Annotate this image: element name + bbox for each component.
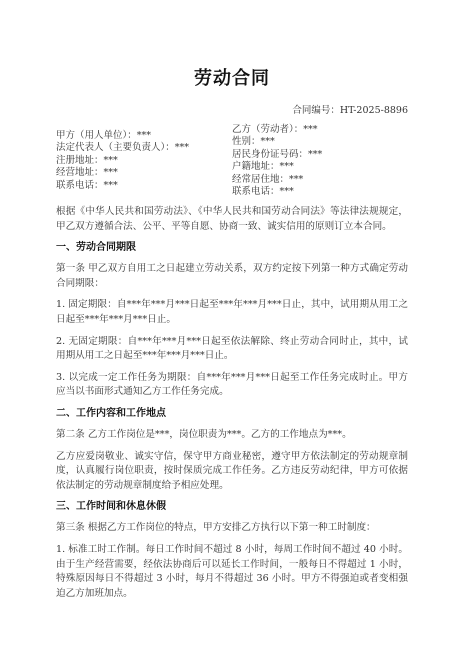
term-option-open-ended: 2. 无固定期限：自***年***月***日起至依法解除、终止劳动合同时止，其中… bbox=[56, 335, 408, 364]
party-b-residence: 经常居住地：*** bbox=[232, 174, 408, 186]
preamble: 根据《中华人民共和国劳动法》、《中华人民共和国劳动合同法》等法律法规规定，甲乙双… bbox=[56, 205, 408, 234]
standard-hours-system: 1. 标准工时工作制。每日工作时间不超过 8 小时，每周工作时间不超过 40 小… bbox=[56, 543, 408, 601]
party-b-block: 乙方（劳动者）：*** 性别：*** 居民身份证号码：*** 户籍地址：*** … bbox=[232, 124, 408, 198]
party-b-phone: 联系电话：*** bbox=[232, 186, 408, 198]
section-heading-working-hours: 三、工作时间和休息休假 bbox=[56, 500, 408, 514]
party-a-phone: 联系电话：*** bbox=[56, 180, 226, 192]
contract-body: 根据《中华人民共和国劳动法》、《中华人民共和国劳动合同法》等法律法规规定，甲乙双… bbox=[56, 205, 408, 608]
contract-number: 合同编号：HT-2025-8896 bbox=[292, 102, 408, 116]
party-b-gender: 性别：*** bbox=[232, 136, 408, 148]
party-a-legal-representative: 法定代表人（主要负责人）：*** bbox=[56, 142, 226, 154]
document-title: 劳动合同 bbox=[56, 64, 408, 90]
party-a-registered-address: 注册地址：*** bbox=[56, 155, 226, 167]
section-heading-job: 二、工作内容和工作地点 bbox=[56, 407, 408, 421]
party-b-id-number: 居民身份证号码：*** bbox=[232, 149, 408, 161]
article-1: 第一条 甲乙双方自用工之日起建立劳动关系，双方约定按下列第一种方式确定劳动合同期… bbox=[56, 262, 408, 291]
party-b-name: 乙方（劳动者）：*** bbox=[232, 124, 408, 136]
term-option-fixed: 1. 固定期限：自***年***月***日起至***年***月***日止，其中，… bbox=[56, 298, 408, 327]
job-duties: 乙方应爱岗敬业、诚实守信，保守甲方商业秘密，遵守甲方依法制定的劳动规章制度，认真… bbox=[56, 450, 408, 494]
party-a-business-address: 经营地址：*** bbox=[56, 167, 226, 179]
article-3: 第三条 根据乙方工作岗位的特点，甲方安排乙方执行以下第一种工时制度： bbox=[56, 521, 408, 536]
party-b-household-address: 户籍地址：*** bbox=[232, 161, 408, 173]
party-a-name: 甲方（用人单位）：*** bbox=[56, 130, 226, 142]
party-a-block: 甲方（用人单位）：*** 法定代表人（主要负责人）：*** 注册地址：*** 经… bbox=[56, 130, 226, 192]
article-2: 第二条 乙方工作岗位是***，岗位职责为***。乙方的工作地点为***。 bbox=[56, 428, 408, 443]
term-option-task-based: 3. 以完成一定工作任务为期限：自***年***月***日起至工作任务完成时止。… bbox=[56, 371, 408, 400]
section-heading-term: 一、劳动合同期限 bbox=[56, 241, 408, 255]
